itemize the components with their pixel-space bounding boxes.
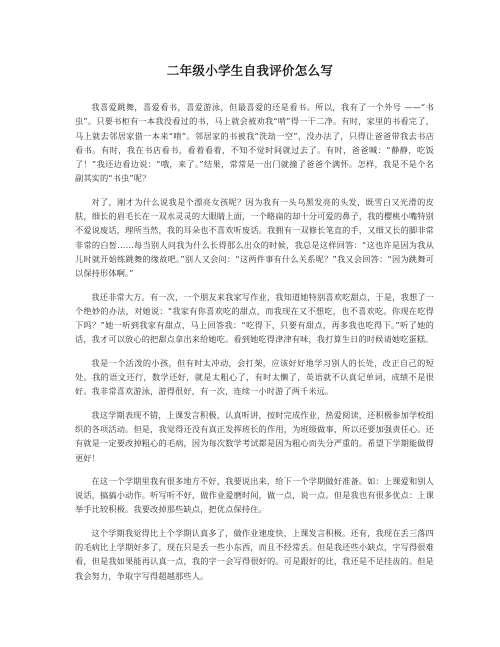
document-title: 二年级小学生自我评价怎么写 [0,61,500,79]
paragraph-shortcomings: 在这一个学期里我有很多地方不好，我要说出来，给下一个学期做好准备。如：上课爱和别… [75,474,434,517]
paragraph-generous: 我还非常大方。有一次，一个朋友来我家写作业，我知道她特别喜欢吃甜点，于是，我想了… [75,290,434,347]
paragraph-improvement: 这个学期我觉得比上个学期认真多了，做作业速度快，上课发言积极。还有，我现在丢三落… [75,526,434,583]
paragraph-appearance: 对了，刚才为什么说我是个漂亮女孩呢？因为我有一头乌黑发亮的头发，既雪白又光滑的皮… [75,195,434,281]
paragraph-semester-performance: 我这学期表现不错，上课发言积极，认真听讲，按时完成作业，热爱阅读，还积极参加学校… [75,408,434,465]
document-page: 二年级小学生自我评价怎么写 我喜爱跳舞，喜爱看书，喜爱游泳，但最喜爱的还是看书。… [0,0,500,647]
document-body: 我喜爱跳舞，喜爱看书，喜爱游泳，但最喜爱的还是看书。所以，我有了一个外号 ——“… [75,100,434,592]
paragraph-love-reading: 我喜爱跳舞，喜爱看书，喜爱游泳，但最喜爱的还是看书。所以，我有了一个外号 ——“… [75,100,434,186]
paragraph-lively-child: 我是一个活泼的小孩，但有时太冲动，会打架，应该好好地学习别人的长处，改正自己的短… [75,356,434,399]
